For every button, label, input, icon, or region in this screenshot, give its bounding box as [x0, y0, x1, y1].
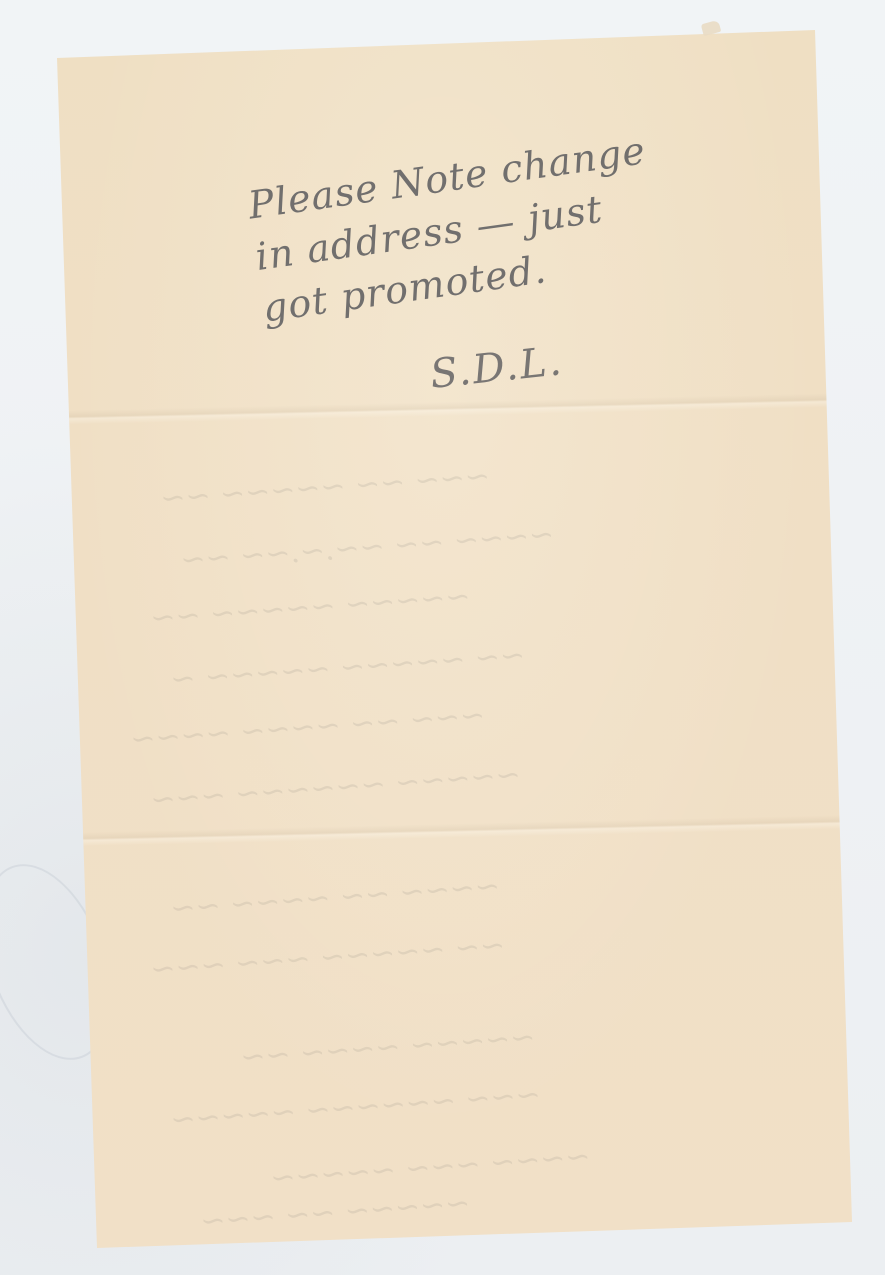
bleed-through-line: ~~ ~~~~~ ~~~~~ ~ [169, 638, 526, 698]
bleed-through-line: ~~~ ~~ ~~~~~ ~~ [159, 459, 491, 517]
bleed-through-line: ~~~~~ ~~ ~~~ [199, 1186, 471, 1240]
handwritten-note: Please Note change in address — just got… [245, 119, 702, 335]
bleed-through-line: ~~~~~ ~~~~~~ ~~~ [149, 757, 522, 818]
letter-sheet: ~~~ ~~ ~~~~~ ~~ ~~~~ ~~ ~~.~.~~ ~~ ~~~~~… [0, 0, 885, 1275]
bleed-through-line: ~~~ ~~ ~~~~ ~~~~ [129, 698, 486, 758]
bleed-through-line: ~~~ ~~~~~~ ~~~~~ [169, 1077, 542, 1138]
bleed-through-line: ~~~~~ ~~~~ ~~ [239, 1020, 536, 1076]
signature-initials: S.D.L. [428, 338, 565, 398]
bleed-through-line: ~~~~~ ~~~~~ ~~ [149, 579, 471, 636]
bleed-through-line: ~~ ~~~~~ ~~~ ~~~ [149, 928, 506, 988]
bleed-through-line: ~~~~ ~~~ ~~~~~ [269, 1139, 591, 1196]
fold-line-lower [0, 814, 885, 848]
fold-line-upper [0, 392, 885, 426]
bleed-through-line: ~~~~ ~~ ~~~~ ~~ [169, 869, 501, 927]
bleed-through-line: ~~~~ ~~ ~~.~.~~ ~~ [179, 517, 555, 578]
